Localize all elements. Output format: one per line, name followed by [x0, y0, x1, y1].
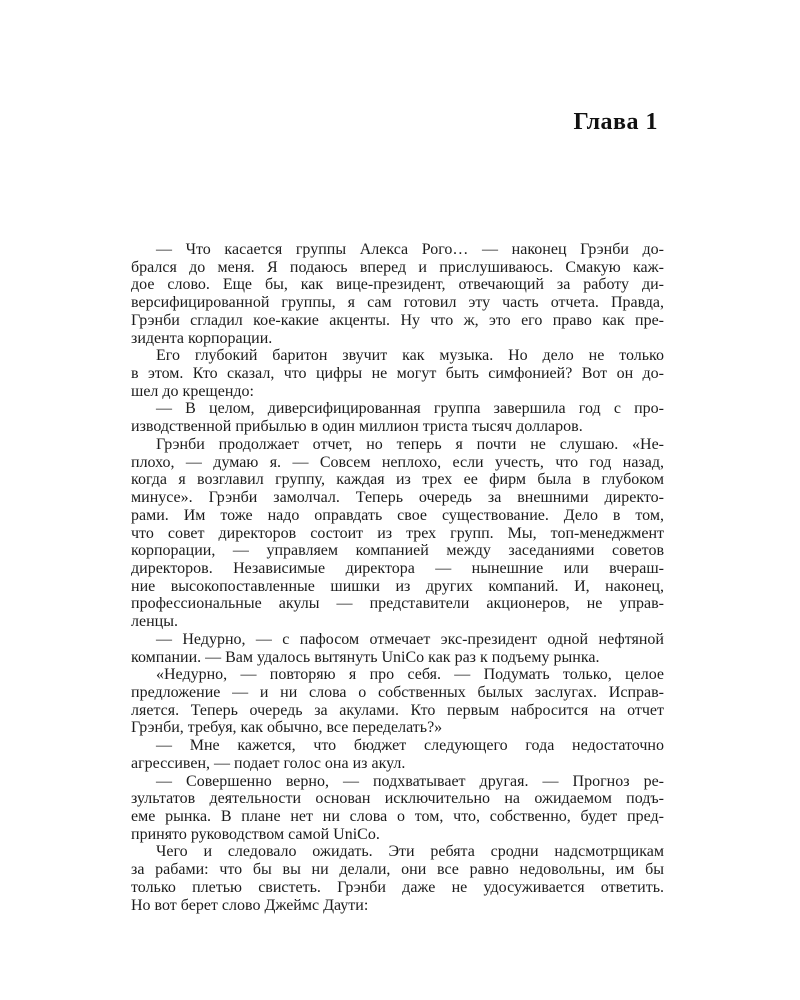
text-line: Грэнби продолжает отчет, но теперь я поч…	[131, 436, 664, 454]
text-line: изводственной прибылью в один миллион тр…	[131, 418, 664, 436]
text-line: в этом. Кто сказал, что цифры не могут б…	[131, 365, 664, 383]
text-line: Но вот берет слово Джеймс Даути:	[131, 897, 664, 915]
text-line: шел до крещендо:	[131, 383, 664, 401]
text-line: ленцы.	[131, 613, 664, 631]
text-line: профессиональные акулы — представители а…	[131, 595, 664, 613]
text-line: предложение — и ни слова о собственных б…	[131, 684, 664, 702]
paragraph: — Мне кажется, что бюджет следующего год…	[131, 737, 664, 772]
text-line: — В целом, диверсифицированная группа за…	[131, 400, 664, 418]
text-line: минусе». Грэнби замолчал. Теперь очередь…	[131, 489, 664, 507]
text-line: дое слово. Еще бы, как вице-президент, о…	[131, 276, 664, 294]
text-line: зультатов деятельности основан исключите…	[131, 790, 664, 808]
text-line: версифицированной группы, я сам готовил …	[131, 294, 664, 312]
text-line: — Совершенно верно, — подхватывает друга…	[131, 773, 664, 791]
text-line: компании. — Вам удалось вытянуть UniCo к…	[131, 649, 664, 667]
text-line: Грэнби, требуя, как обычно, все передела…	[131, 719, 664, 737]
text-line: принято руководством самой UniCo.	[131, 826, 664, 844]
paragraph: — Что касается группы Алекса Рого… — нак…	[131, 241, 664, 347]
text-line: зидента корпорации.	[131, 330, 664, 348]
page-text: — Что касается группы Алекса Рого… — нак…	[131, 241, 664, 914]
text-line: «Недурно, — повторяю я про себя. — Подум…	[131, 666, 664, 684]
text-line: плохо, — думаю я. — Совсем неплохо, если…	[131, 454, 664, 472]
text-line: за рабами: что бы вы ни делали, они все …	[131, 861, 664, 879]
paragraph: Чего и следовало ожидать. Эти ребята сро…	[131, 843, 664, 914]
text-line: — Что касается группы Алекса Рого… — нак…	[131, 241, 664, 259]
paragraph: Его глубокий баритон звучит как музыка. …	[131, 347, 664, 400]
book-page: { "page": { "background_color": "#ffffff…	[0, 0, 800, 1000]
text-line: Его глубокий баритон звучит как музыка. …	[131, 347, 664, 365]
text-line: Чего и следовало ожидать. Эти ребята сро…	[131, 843, 664, 861]
text-line: — Мне кажется, что бюджет следующего год…	[131, 737, 664, 755]
paragraph: — Совершенно верно, — подхватывает друга…	[131, 773, 664, 844]
text-line: еме рынка. В плане нет ни слова о том, ч…	[131, 808, 664, 826]
text-line: корпорации, — управляем компанией между …	[131, 542, 664, 560]
text-line: ние высокопоставленные шишки из других к…	[131, 578, 664, 596]
paragraph: — В целом, диверсифицированная группа за…	[131, 400, 664, 435]
paragraph: — Недурно, — с пафосом отмечает экс-през…	[131, 631, 664, 666]
paragraph: Грэнби продолжает отчет, но теперь я поч…	[131, 436, 664, 631]
text-line: директоров. Независимые директора — ныне…	[131, 560, 664, 578]
text-line: рами. Им тоже надо оправдать свое сущест…	[131, 507, 664, 525]
paragraph: «Недурно, — повторяю я про себя. — Подум…	[131, 666, 664, 737]
text-line: что совет директоров состоит из трех гру…	[131, 525, 664, 543]
text-line: только плетью свистеть. Грэнби даже не у…	[131, 879, 664, 897]
text-line: — Недурно, — с пафосом отмечает экс-през…	[131, 631, 664, 649]
chapter-heading: Глава 1	[574, 108, 659, 136]
text-line: ляется. Теперь очередь за акулами. Кто п…	[131, 702, 664, 720]
text-line: Грэнби сгладил кое-какие акценты. Ну что…	[131, 312, 664, 330]
text-line: брался до меня. Я подаюсь вперед и присл…	[131, 259, 664, 277]
text-line: агрессивен, — подает голос она из акул.	[131, 755, 664, 773]
text-line: когда я возглавил группу, каждая из трех…	[131, 471, 664, 489]
